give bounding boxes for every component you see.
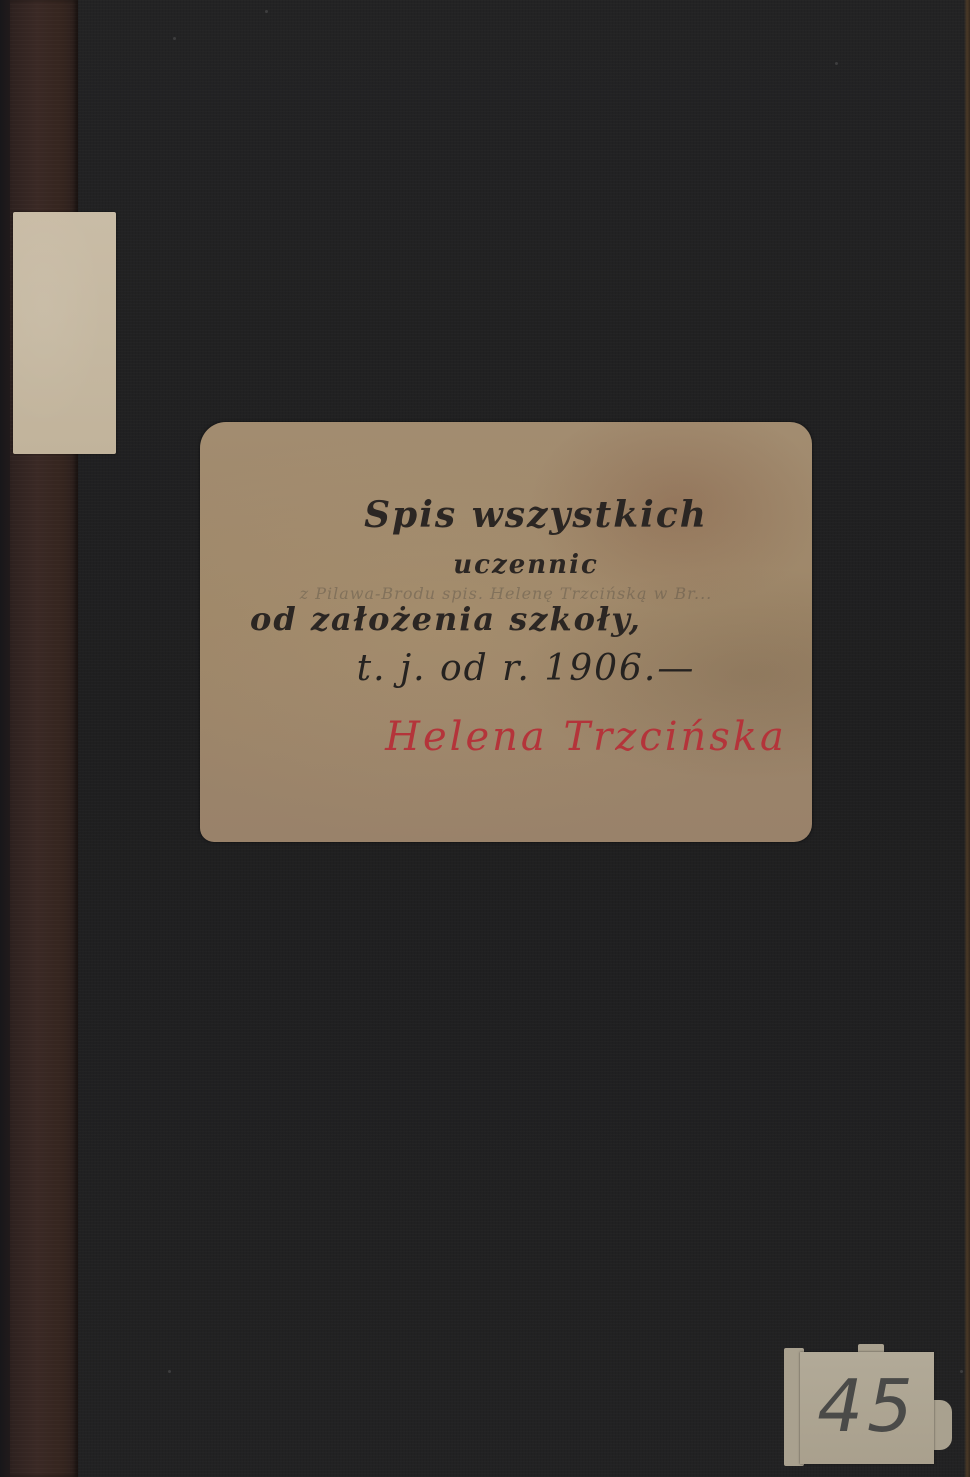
title-line-4: t. j. od r. 1906.—	[200, 648, 832, 689]
cover-right-edge	[964, 0, 970, 1477]
shelf-number: 45	[800, 1364, 934, 1448]
title-line-2: uczennic	[200, 550, 832, 580]
spine-paper-label	[13, 212, 116, 454]
red-signature: Helena Trzcińska	[200, 714, 892, 760]
title-label: Spis wszystkich uczennic z Pilawa-Brodu …	[200, 422, 812, 842]
shelf-number-label: 45	[800, 1352, 934, 1464]
title-line-3: od założenia szkoły,	[250, 600, 810, 638]
title-line-1: Spis wszystkich	[200, 494, 842, 536]
